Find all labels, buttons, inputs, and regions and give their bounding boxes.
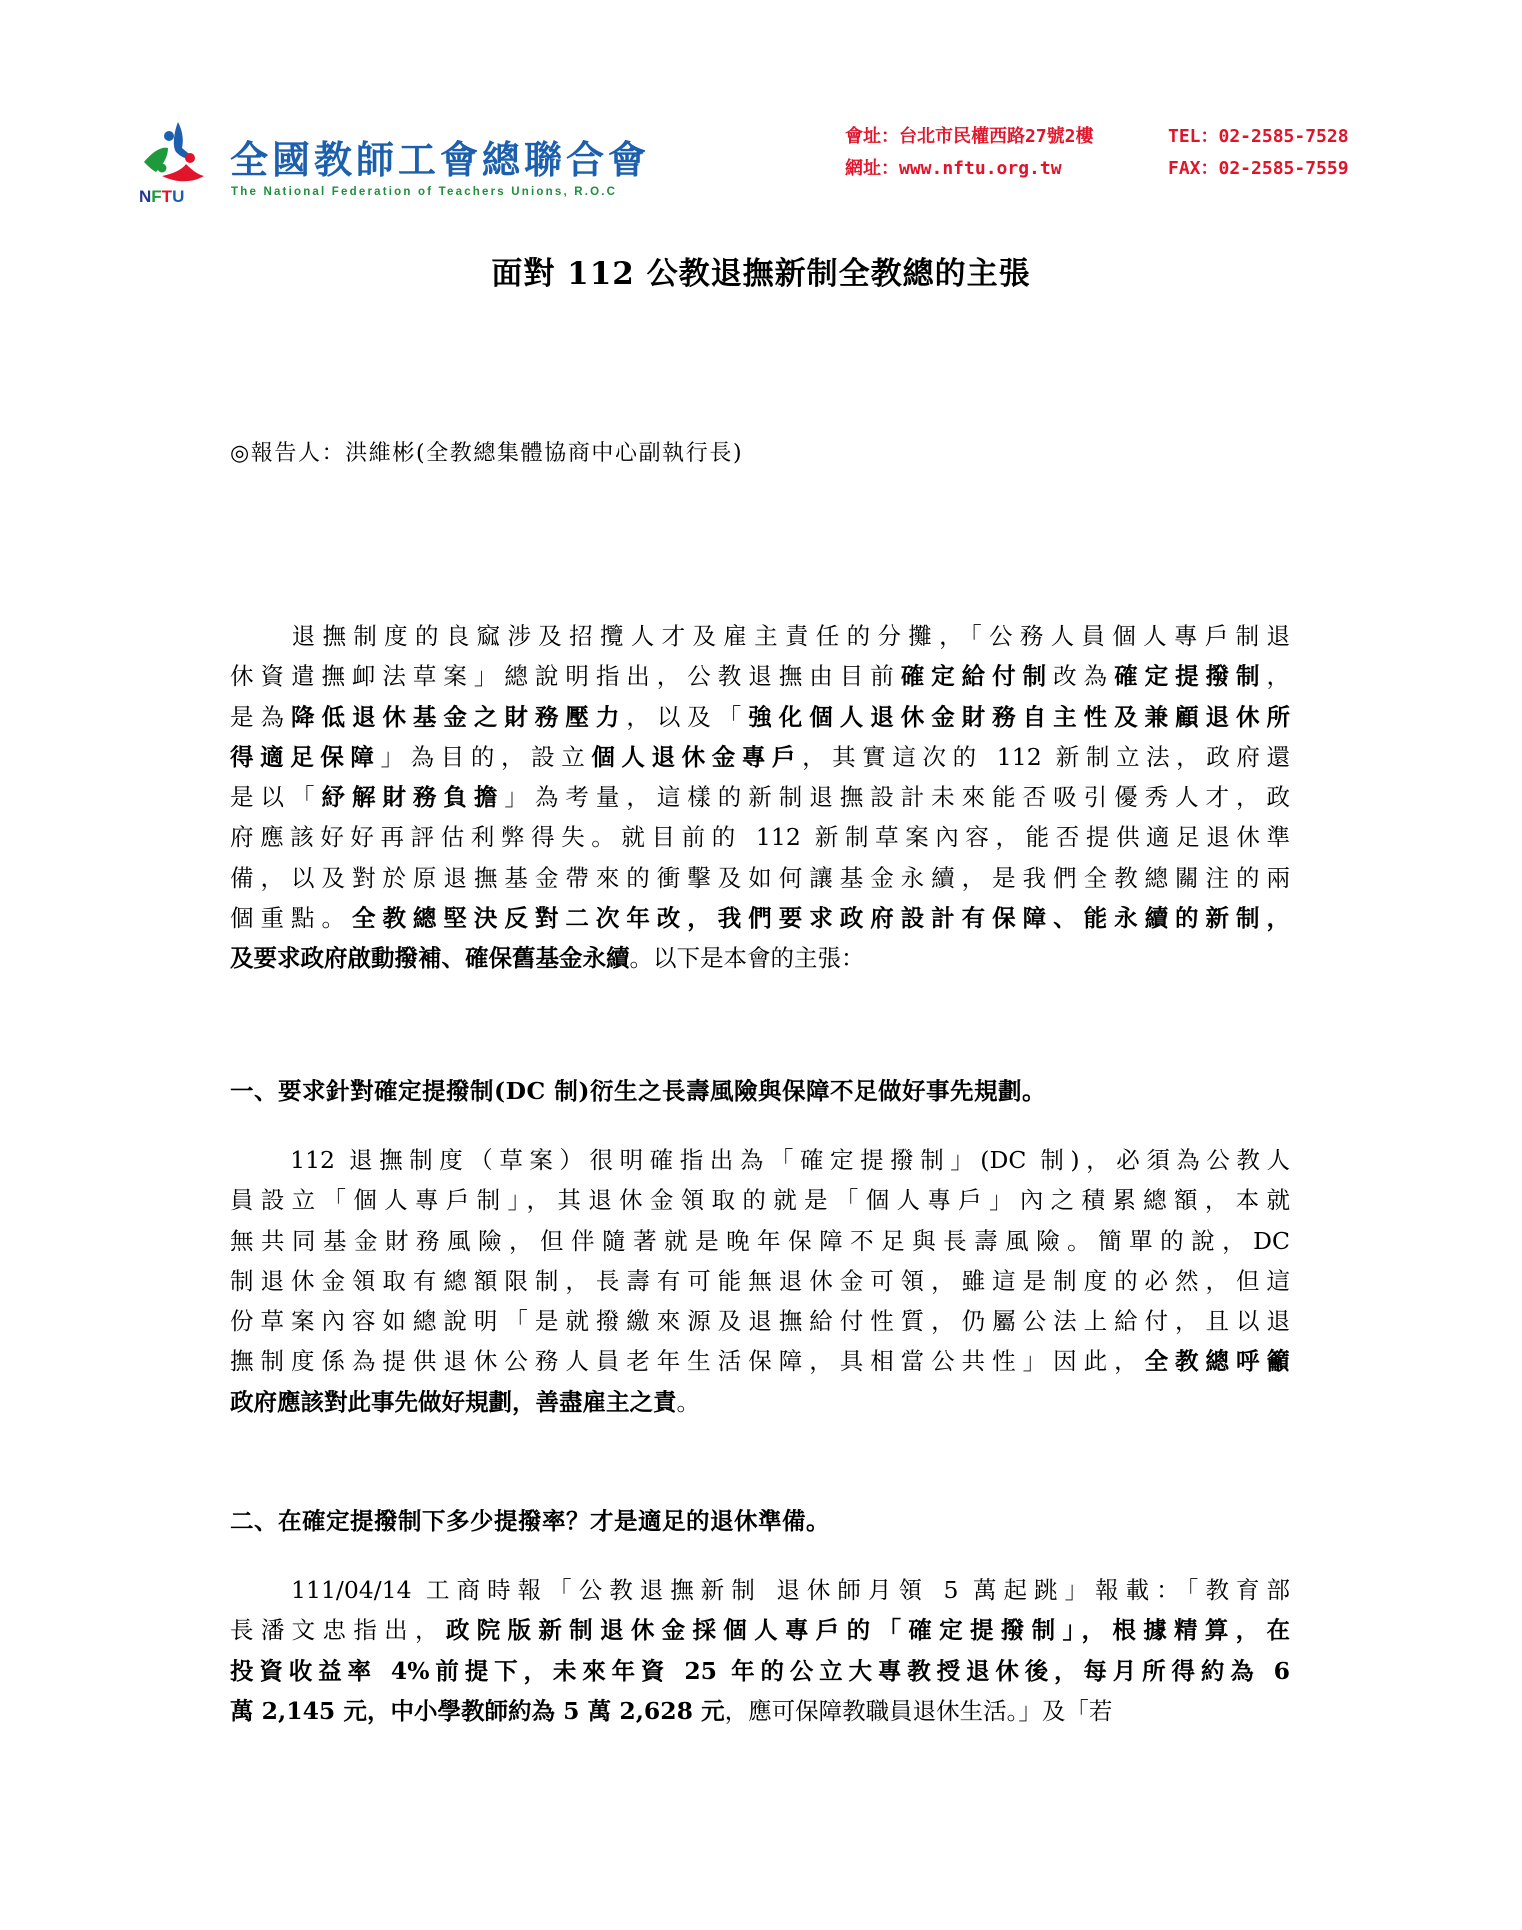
- emphasis-text: 降低退休基金之財務壓力: [291, 703, 626, 731]
- body-text: 撫制度係為提供退休公務人員老年生活保障，具相當公共性」因此，: [230, 1347, 1145, 1375]
- emphasis-text: 強化個人退休金財務自主性及兼顧退休所: [748, 703, 1290, 731]
- body-text: 」為目的，設立: [381, 743, 592, 771]
- text-line: 府應該好好再評估利弊得失。就目前的 112 新制草案內容，能否提供適足退休準: [230, 817, 1290, 857]
- text-line: 休資遣撫卹法草案」總說明指出，公教退撫由目前確定給付制改為確定提撥制，: [230, 656, 1290, 696]
- telephone: TEL：02-2585-7528: [1168, 122, 1349, 148]
- emphasis-text: 萬 2,145 元，中小學教師約為 5 萬 2,628 元: [230, 1697, 725, 1725]
- body-text: 是為: [230, 703, 291, 731]
- emphasis-text: 及要求政府啟動撥補、確保舊基金永續: [230, 944, 630, 972]
- reporter-line: ◎報告人：洪維彬(全教總集體協商中心副執行長): [230, 436, 743, 467]
- body-text: 府應該好好再評估利弊得失。就目前的 112 新制草案內容，能否提供適足退休準: [230, 823, 1290, 851]
- text-line: 份草案內容如總說明「是就撥繳來源及退撫給付性質，仍屬公法上給付，且以退: [230, 1301, 1290, 1341]
- body-text: 。以下是本會的主張：: [630, 944, 865, 972]
- section-1-paragraph: 112 退撫制度（草案）很明確指出為「確定提撥制」(DC 制)，必須為公教人員設…: [230, 1140, 1290, 1422]
- text-line: 萬 2,145 元，中小學教師約為 5 萬 2,628 元，應可保障教職員退休生…: [230, 1691, 1290, 1731]
- section-2-paragraph: 111/04/14 工商時報「公教退撫新制 退休師月領 5 萬起跳」報載：「教育…: [230, 1570, 1290, 1731]
- body-text: ，以及「: [626, 703, 748, 731]
- emphasis-text: 投資收益率 4%前提下，未來年資 25 年的公立大專教授退休後，每月所得約為 6: [230, 1657, 1290, 1685]
- text-line: 長潘文忠指出，政院版新制退休金採個人專戶的「確定提撥制」，根據精算，在: [230, 1610, 1290, 1650]
- body-text: 是以「: [230, 783, 321, 811]
- body-text: 」為考量，這樣的新制退撫設計未來能否吸引優秀人才，政: [504, 783, 1290, 811]
- body-text: ，: [1267, 662, 1290, 690]
- text-line: 及要求政府啟動撥補、確保舊基金永續。以下是本會的主張：: [230, 938, 1290, 978]
- text-line: 111/04/14 工商時報「公教退撫新制 退休師月領 5 萬起跳」報載：「教育…: [230, 1570, 1290, 1610]
- fax: FAX：02-2585-7559: [1168, 154, 1349, 180]
- body-text: 員設立「個人專戶制」，其退休金領取的就是「個人專戶」內之積累總額，本就: [230, 1186, 1290, 1214]
- body-text: 111/04/14 工商時報「公教退撫新制 退休師月領 5 萬起跳」報載：「教育…: [230, 1576, 1290, 1604]
- emphasis-text: 紓解財務負擔: [321, 783, 504, 811]
- text-line: 是以「紓解財務負擔」為考量，這樣的新制退撫設計未來能否吸引優秀人才，政: [230, 777, 1290, 817]
- text-line: 112 退撫制度（草案）很明確指出為「確定提撥制」(DC 制)，必須為公教人: [230, 1140, 1290, 1180]
- nftu-logo-icon: NFTU: [138, 118, 210, 204]
- text-line: 無共同基金財務風險，但伴隨著就是晚年保障不足與長壽風險。簡單的說，DC: [230, 1221, 1290, 1261]
- body-text: ，其實這次的 112 新制立法，政府還: [802, 743, 1290, 771]
- body-text: 112 退撫制度（草案）很明確指出為「確定提撥制」(DC 制)，必須為公教人: [230, 1146, 1290, 1174]
- body-text: 。: [677, 1388, 701, 1416]
- body-text: 改為: [1053, 662, 1114, 690]
- website-link[interactable]: 網址：www.nftu.org.tw: [845, 154, 1062, 180]
- org-name-english: The National Federation of Teachers Unio…: [231, 186, 617, 198]
- emphasis-text: 政院版新制退休金採個人專戶的「確定提撥制」，根據精算，在: [446, 1616, 1290, 1644]
- emphasis-text: 全教總堅決反對二次年改，我們要求政府設計有保障、能永續的新制，: [352, 904, 1290, 932]
- svg-text:NFTU: NFTU: [139, 187, 184, 204]
- body-text: 休資遣撫卹法草案」總說明指出，公教退撫由目前: [230, 662, 901, 690]
- document-title: 面對 112 公教退撫新制全教總的主張: [0, 248, 1522, 293]
- body-text: 個重點。: [230, 904, 352, 932]
- address: 會址：台北市民權西路27號2樓: [845, 122, 1094, 148]
- body-text: 長潘文忠指出，: [230, 1616, 446, 1644]
- emphasis-text: 確定提撥制: [1114, 662, 1266, 690]
- body-text: ，應可保障教職員退休生活。」及「若: [725, 1697, 1113, 1725]
- body-text: 份草案內容如總說明「是就撥繳來源及退撫給付性質，仍屬公法上給付，且以退: [230, 1307, 1290, 1335]
- body-text: 備，以及對於原退撫基金帶來的衝擊及如何讓基金永續，是我們全教總關注的兩: [230, 864, 1290, 892]
- text-line: 退撫制度的良窳涉及招攬人才及雇主責任的分攤，「公務人員個人專戶制退: [230, 616, 1290, 656]
- letterhead: NFTU 全國教師工會總聯合會 The National Federation …: [138, 118, 1378, 208]
- body-text: 退撫制度的良窳涉及招攬人才及雇主責任的分攤，「公務人員個人專戶制退: [230, 622, 1290, 650]
- text-line: 是為降低退休基金之財務壓力，以及「強化個人退休金財務自主性及兼顧退休所: [230, 697, 1290, 737]
- text-line: 投資收益率 4%前提下，未來年資 25 年的公立大專教授退休後，每月所得約為 6: [230, 1651, 1290, 1691]
- text-line: 政府應該對此事先做好規劃，善盡雇主之責。: [230, 1382, 1290, 1422]
- emphasis-text: 個人退休金專戶: [591, 743, 802, 771]
- section-2-heading: 二、在確定提撥制下多少提撥率？才是適足的退休準備。: [230, 1502, 830, 1536]
- emphasis-text: 確定給付制: [901, 662, 1053, 690]
- emphasis-text: 得適足保障: [230, 743, 381, 771]
- intro-paragraph: 退撫制度的良窳涉及招攬人才及雇主責任的分攤，「公務人員個人專戶制退休資遣撫卹法草…: [230, 616, 1290, 979]
- text-line: 得適足保障」為目的，設立個人退休金專戶，其實這次的 112 新制立法，政府還: [230, 737, 1290, 777]
- text-line: 個重點。全教總堅決反對二次年改，我們要求政府設計有保障、能永續的新制，: [230, 898, 1290, 938]
- org-name-chinese: 全國教師工會總聯合會: [230, 138, 650, 182]
- body-text: 無共同基金財務風險，但伴隨著就是晚年保障不足與長壽風險。簡單的說，DC: [230, 1227, 1290, 1255]
- text-line: 制退休金領取有總額限制，長壽有可能無退休金可領，雖這是制度的必然，但這: [230, 1261, 1290, 1301]
- body-text: 制退休金領取有總額限制，長壽有可能無退休金可領，雖這是制度的必然，但這: [230, 1267, 1290, 1295]
- emphasis-text: 政府應該對此事先做好規劃，善盡雇主之責: [230, 1388, 677, 1416]
- section-1-heading: 一、要求針對確定提撥制(DC 制)衍生之長壽風險與保障不足做好事先規劃。: [230, 1072, 1046, 1106]
- text-line: 撫制度係為提供退休公務人員老年生活保障，具相當公共性」因此，全教總呼籲: [230, 1341, 1290, 1381]
- text-line: 備，以及對於原退撫基金帶來的衝擊及如何讓基金永續，是我們全教總關注的兩: [230, 858, 1290, 898]
- emphasis-text: 全教總呼籲: [1145, 1347, 1290, 1375]
- text-line: 員設立「個人專戶制」，其退休金領取的就是「個人專戶」內之積累總額，本就: [230, 1180, 1290, 1220]
